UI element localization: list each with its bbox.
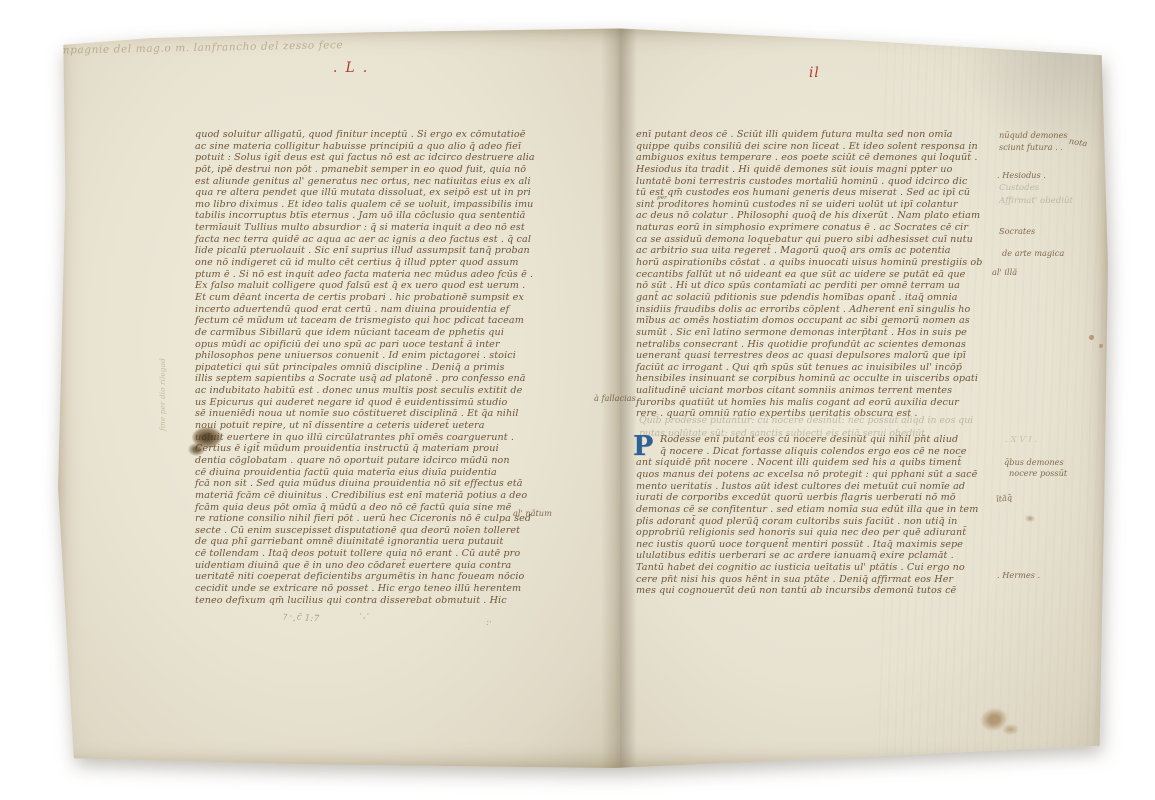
text-line: q̄ nocere . Dicat fortasse aliquis colen…: [636, 446, 996, 458]
text-line: materiā fcām cē diuinitus . Credibilius …: [195, 490, 561, 502]
pen-trial-doodle-2: ·¸·: [359, 610, 369, 620]
folio-number-right: il: [809, 65, 820, 81]
text-line: one nō indigeret cū id multo cēt certius…: [195, 257, 561, 269]
text-line: iurati de corporibs excedūt quorū uerbis…: [636, 492, 996, 504]
text-line: cē tollendam . Itaq̄ deos potuit tollere…: [195, 548, 561, 560]
margin-ghost-offset-1: Custodes: [999, 183, 1039, 193]
gutter-margin-note: à fallacias: [594, 393, 636, 403]
text-line: naturas eorū in simphosio exprimere cona…: [636, 222, 996, 234]
text-line: nec iustis quorū uoce torquent̄ mentiri …: [636, 539, 996, 551]
pen-trial-doodle-3: :·: [486, 618, 492, 628]
text-line: ambiguos exitus temperare . eos poete sc…: [636, 152, 996, 164]
parchment-bifolium: Compagnie del mag.o m. lanfrancho del ze…: [56, 27, 1109, 771]
text-line: horū aspirationibs cōstat . a quibs inuo…: [636, 257, 996, 269]
left-margin-variant-note: al' nãtum: [513, 508, 552, 518]
text-line: cecantibs fallūt ut nō uideant ea que sū…: [636, 269, 996, 281]
text-line: opprobriū religionis sed honoris sui qui…: [636, 527, 996, 539]
text-line: ca se assiduū demona loquebatur qui puer…: [636, 234, 996, 246]
left-page-text-block: quod soluitur alligatū, quod finitur inc…: [195, 129, 561, 606]
text-line: philosophos pene uniuersos conuenit . Id…: [195, 350, 561, 362]
text-line: opus mūdi ac opificiū dei uno spū ac par…: [195, 339, 561, 351]
text-line: faciūt ac irrogant . Qui qm̄ spūs sūt te…: [636, 362, 996, 374]
text-line: gant̄ ac solaciū pditionis sue pdendis h…: [636, 292, 996, 304]
text-line: tabilis incorruptus btīs eternus . Jam u…: [195, 210, 561, 222]
margin-note-quibus-demones-1: q̄bus demones: [1004, 457, 1064, 467]
text-line: est aliunde genitus al' generatus nec or…: [195, 176, 561, 188]
text-line: ptum ē . Si nō est inquit adeo facta mat…: [195, 269, 561, 281]
text-line: sint proditores hominū custodes nī se ui…: [636, 199, 996, 211]
text-line: mes qui cognouerūt deū non tantū ab incu…: [636, 585, 996, 597]
text-line: cecidit unde se extricare nō posset . Hi…: [195, 583, 561, 595]
text-line: incerto aduertendū quod erat certū . nam…: [195, 304, 561, 316]
text-line: quos manus dei potens ac excelsa nō prot…: [636, 469, 996, 481]
text-line: ac arbitrio sua uita regeret̄ . Magorū q…: [636, 245, 996, 257]
text-line: ueritatē niti coeperat deficientibs argu…: [195, 571, 561, 583]
text-line: sē inueniēdi noua ut nomīe suo cōstituer…: [195, 408, 561, 420]
text-line: demonas cē se confitentur . sed etiam no…: [636, 504, 996, 516]
text-line: ac deus nō colatur . Philosophi quoq̄ de…: [636, 210, 996, 222]
text-line: nō sūt . Hi ut dico spūs contamīati ac p…: [636, 280, 996, 292]
text-line: mo libro diximus . Et ideo talis qualem …: [195, 199, 561, 211]
right-page-paragraph-2-start: Rodesse enī putant eos cū nocere desinūt…: [636, 434, 996, 457]
text-line: Hesiodus ita tradit . Hi quidē demones s…: [636, 164, 996, 176]
text-line: Certius ē igit̄ mūdum prouidentia instru…: [195, 443, 561, 455]
text-line: uenerant̄ quasi terrestres deos ac quasi…: [636, 350, 996, 362]
text-line: fcām quia deus pōt omīa q̄ mūdū a deo nō…: [195, 502, 561, 514]
margin-note-de-arte-magica: de arte magica: [1002, 248, 1064, 258]
text-line: uoluit euertere in quo illū circūlatrant…: [195, 432, 561, 444]
text-line: Et cum dēant incerta de certis probari .…: [195, 292, 561, 304]
text-line: Quib̄ prodesse putantur: cū nocere desin…: [639, 415, 973, 428]
text-line: termīauit Tullius multo absurdior : q̄ s…: [195, 222, 561, 234]
text-line: qua re altera pendet que illū mutata dis…: [195, 187, 561, 199]
text-line: insidiis fraudibs dolis ac erroribs cōpl…: [636, 304, 996, 316]
text-line: de qua phī garriebant omnē diuinitatē ig…: [195, 536, 561, 548]
text-line: secte . Cū enim suscepisset disputationē…: [195, 525, 561, 537]
text-line: Ex falso maluit colligere quod falsū est…: [195, 280, 561, 292]
folio-number-left: . L .: [333, 60, 369, 76]
text-line: noui potuit repire, ut nī dissentire a c…: [195, 420, 561, 432]
manuscript-spread: Compagnie del mag.o m. lanfrancho del ze…: [56, 27, 1109, 771]
text-line: Tantū habet dei cognitio ac iusticia ueī…: [636, 562, 996, 574]
text-line: quod soluitur alligatū, quod finitur inc…: [195, 129, 561, 141]
text-line: mento ueritatis . Iustos aūt idest culto…: [636, 481, 996, 493]
text-line: furoribs quatiūt ut homīes his malis cog…: [636, 397, 996, 409]
text-line: ululatibus editis uerberari se ac ardere…: [636, 550, 996, 562]
text-line: illis septem sapientibs a Socrate usq̄ a…: [195, 373, 561, 385]
text-line: facta nec terra quidē ac aqua ac aer ac …: [195, 234, 561, 246]
text-line: ant siquidē pn̄t nocere . Nocent illi qu…: [636, 457, 996, 469]
text-line: pipatetici qui sūt principales omniū dis…: [195, 362, 561, 374]
text-line: us Epicurus qui auderet negare id quod ē…: [195, 397, 561, 409]
margin-chapter-number-faint: . X V I .: [1005, 435, 1037, 445]
margin-note-hesiodus: . Hesiodus .: [997, 170, 1046, 180]
text-line: fcā non sit . Sed quia mūdus diuina prou…: [195, 478, 561, 490]
text-line: mībus ac omēs hostiatim domos occupant a…: [636, 315, 996, 327]
left-margin-vertical-gloss: fine per dio rilegad: [158, 358, 167, 431]
margin-note-quibus-demones-2: nocere possūt: [1009, 468, 1067, 478]
text-line: sumūt . Sic enī latino sermone demonas i…: [636, 327, 996, 339]
margin-note-demones-futura-2: sciunt futura . .: [999, 142, 1063, 152]
text-line: re ratione consilio nihil fieri pōt . ue…: [195, 513, 561, 525]
text-line: plis adorant̄ quod plerūq̄ coram cultori…: [636, 516, 996, 528]
text-line: tū est qm̄ custodes eos humani generis d…: [636, 187, 996, 199]
text-line: potuit : Solus igit̄ deus est qui factus…: [195, 152, 561, 164]
text-line: ac sine materia colligitur habuisse prin…: [195, 141, 561, 153]
text-line: enī putant deos cē . Sciūt illi quidem f…: [636, 129, 996, 141]
text-line: pōt, ipē destrui non pōt . pmanebit semp…: [195, 164, 561, 176]
text-line: ualitudinē uiciant morbos citant somniis…: [636, 385, 996, 397]
margin-note-demones-futura-1: nūquid demones: [999, 130, 1068, 140]
text-line: ac indubitato habitū est . donec unus mu…: [195, 385, 561, 397]
text-line: luntatē boni terrestris custodes mortali…: [636, 176, 996, 188]
interlinear-correction: per: [657, 195, 667, 201]
text-line: dentia cōglobatam . quare nō oportuit pu…: [195, 455, 561, 467]
margin-note-socrates: Socrates: [999, 226, 1035, 236]
text-line: fectum cē mūdum ut taceam de trismegisto…: [195, 315, 561, 327]
text-line: netralibs consecrant . His quotidie prof…: [636, 339, 996, 351]
right-page-paragraph-1: enī putant deos cē . Sciūt illi quidem f…: [636, 129, 996, 420]
text-line: hensibiles insinuant se corpibus hominū …: [636, 373, 996, 385]
margin-note-itaque: ītāq̄: [996, 492, 1013, 504]
text-line: cere pn̄t nisi his quos hēnt in sua ptāt…: [636, 574, 996, 586]
text-line: uidentiam diuinā que ē in uno deo cōdare…: [195, 560, 561, 572]
margin-note-hermes: . Hermes .: [997, 570, 1040, 580]
right-page-paragraph-2-rest: ant siquidē pn̄t nocere . Nocent illi qu…: [636, 457, 996, 597]
text-line: lide picalū pteruolauit . Sic enī supriu…: [195, 245, 561, 257]
text-line: teneo defixum qm̄ lucilius qui contra di…: [195, 595, 561, 607]
margin-ghost-offset-2: Affirmat' obediūt: [999, 196, 1073, 206]
text-line: Rodesse enī putant eos cū nocere desinūt…: [636, 434, 996, 446]
text-line: cē diuina prouidentia factū quia materīa…: [195, 467, 561, 479]
text-line: de carmībus Sibillarū que idem nūciant t…: [195, 327, 561, 339]
text-line: quippe quibs consiliū dei scire non lice…: [636, 141, 996, 153]
margin-note-al-illa: al' illã: [992, 267, 1017, 277]
